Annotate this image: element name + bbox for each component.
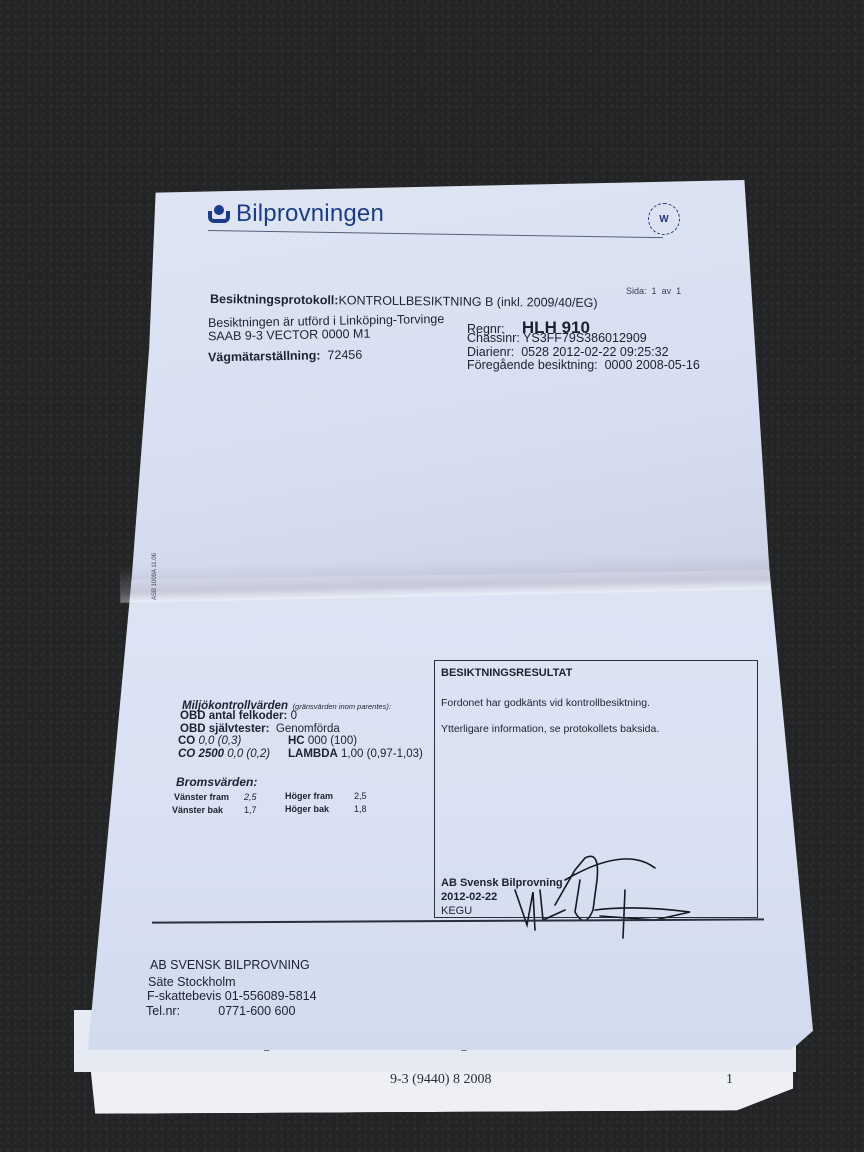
company-phone: Tel.nr: 0771-600 600 — [146, 1004, 295, 1018]
vehicle-line: SAAB 9-3 VECTOR 0000 M1 — [208, 327, 371, 344]
result-approved-text: Fordonet har godkänts vid kontrollbesikt… — [441, 697, 650, 709]
obd-error-codes: OBD antal felkoder: 0 — [180, 710, 297, 722]
hc-value: HC 000 (100) — [288, 735, 357, 747]
result-heading: BESIKTNINGSRESULTAT — [441, 667, 572, 679]
result-more-info-text: Ytterligare information, se protokollets… — [441, 723, 659, 735]
signature-icon — [505, 850, 705, 940]
sign-date: 2012-02-22 — [441, 891, 497, 903]
lambda-value: LAMBDA 1,00 (0,97-1,03) — [288, 748, 423, 760]
brake-value-front-right: 2,5 — [354, 791, 367, 801]
page-indicator: Sida: 1 av 1 — [626, 286, 681, 296]
brand-logo: Bilprovningen — [208, 200, 384, 228]
previous-inspection: Föregående besiktning: 0000 2008-05-16 — [467, 358, 700, 372]
brake-label-rear-right: Höger bak — [285, 804, 329, 814]
signer-code: KEGU — [441, 905, 472, 917]
company-seat: Säte Stockholm — [148, 975, 236, 989]
underlying-footer-model: 9-3 (9440) 8 2008 — [390, 1072, 492, 1088]
diarienr: Diarienr: 0528 2012-02-22 09:25:32 — [467, 345, 669, 359]
brake-value-rear-left: 1,7 — [244, 805, 257, 815]
document-sheet-top — [130, 180, 770, 600]
brake-label-rear-left: Vänster bak — [172, 805, 223, 815]
chassinr: Chassinr: YS3FF79S386012909 — [467, 331, 647, 345]
brake-value-front-left: 2,5 — [244, 792, 257, 802]
odometer: Vägmätarställning: 72456 — [208, 348, 362, 365]
brand-name: Bilprovningen — [236, 200, 384, 228]
brake-value-rear-right: 1,8 — [354, 804, 367, 814]
brake-label-front-left: Vänster fram — [174, 792, 229, 802]
company-tax-id: F-skattebevis 01-556089-5814 — [147, 989, 317, 1003]
brakes-title: Bromsvärden: — [176, 775, 257, 789]
co2500-value: CO 2500 0,0 (0,2) — [178, 748, 270, 760]
form-code: ASB 1009A 11.06 — [152, 553, 158, 600]
swedac-seal-icon: W — [648, 203, 680, 235]
brake-label-front-right: Höger fram — [285, 791, 333, 801]
obd-self-tests: OBD självtester: Genomförda — [180, 723, 340, 735]
company-name: AB SVENSK BILPROVNING — [150, 958, 310, 972]
underlying-footer-page: 1 — [726, 1072, 733, 1088]
bilprovningen-logo-icon — [208, 205, 230, 223]
co-value: CO 0,0 (0,3) — [178, 735, 241, 747]
